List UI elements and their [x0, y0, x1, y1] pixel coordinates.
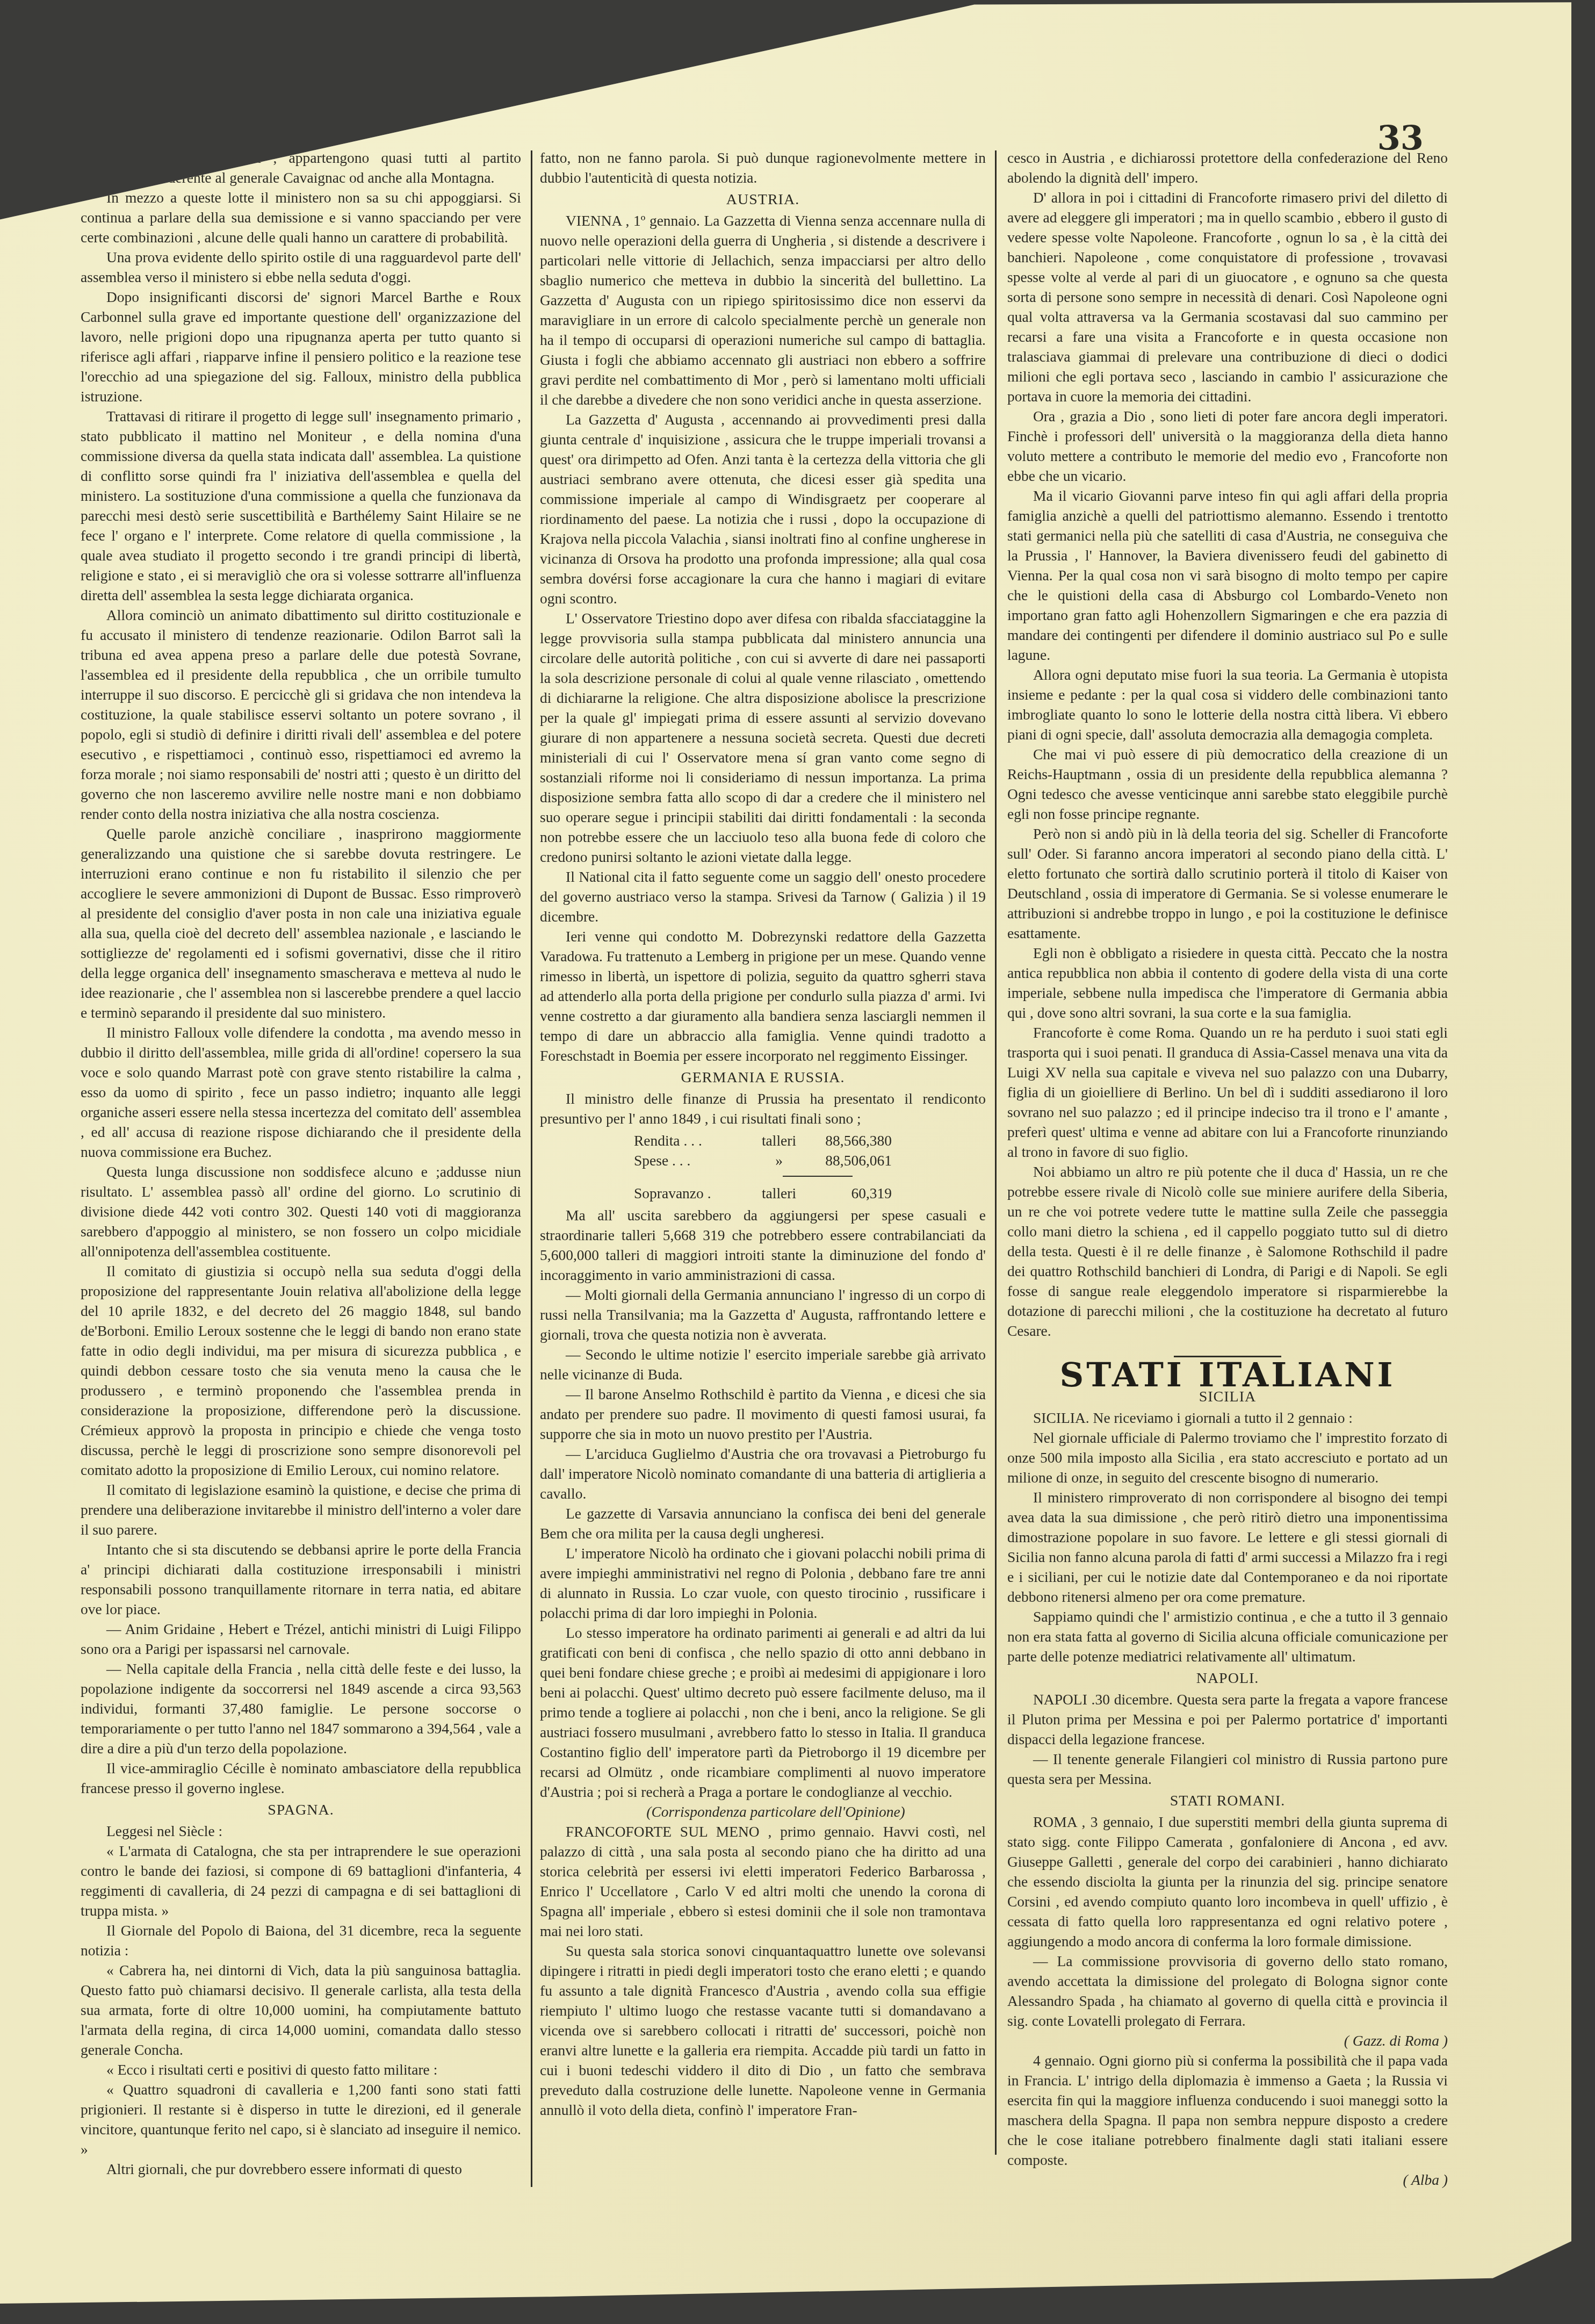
budget-value: 60,319 — [811, 1183, 892, 1203]
paragraph: — Secondo le ultime notizie l' esercito … — [540, 1344, 986, 1384]
subsection-heading-stati-romani: STATI ROMANI. — [1007, 1791, 1448, 1811]
paragraph: Su questa sala storica sonovi cinquantaq… — [540, 1941, 986, 2120]
source-attribution: (Corrispondenza particolare dell'Opinion… — [540, 1802, 986, 1822]
paragraph: Ora , grazia a Dio , sono lieti di poter… — [1007, 406, 1448, 486]
budget-row-spese: Spese . . . » 88,506,061 — [540, 1150, 986, 1170]
paragraph: Dopo insignificanti discorsi de' signori… — [81, 287, 521, 406]
middle-column: fatto, non ne fanno parola. Si può dunqu… — [540, 148, 986, 2206]
paragraph: ROMA , 3 gennaio, I due superstiti membr… — [1007, 1812, 1448, 1951]
paragraph: Questa lunga discussione non soddisfece … — [81, 1162, 521, 1261]
source-attribution: ( Alba ) — [1007, 2170, 1448, 2190]
paragraph: Ma il vicario Giovanni parve inteso fin … — [1007, 486, 1448, 665]
paragraph: — Nella capitale della Francia , nella c… — [81, 1659, 521, 1758]
budget-label: Spese . . . — [634, 1150, 747, 1170]
budget-row-rendita: Rendita . . . talleri 88,566,380 — [540, 1131, 986, 1150]
paragraph: Il comitato di legislazione esaminò la q… — [81, 1480, 521, 1539]
paragraph: Sappiamo quindi che l' armistizio contin… — [1007, 1607, 1448, 1666]
paragraph: Il ministro Falloux volle difendere la c… — [81, 1023, 521, 1162]
paragraph: Che mai vi può essere di più democratico… — [1007, 744, 1448, 824]
paragraph: Francoforte è come Roma. Quando un re ha… — [1007, 1023, 1448, 1162]
paragraph: « L'armata di Catalogna, che sta per int… — [81, 1841, 521, 1920]
paragraph: FRANCOFORTE SUL MENO , primo gennaio. Ha… — [540, 1822, 986, 1941]
paragraph: Ma all' uscita sarebbero da aggiungersi … — [540, 1205, 986, 1285]
paragraph: L' imperatore Nicolò ha ordinato che i g… — [540, 1543, 986, 1623]
subsection-heading-napoli: NAPOLI. — [1007, 1668, 1448, 1688]
paragraph: — Il barone Anselmo Rothschild è partito… — [540, 1384, 986, 1444]
budget-row-total: Sopravanzo . talleri 60,319 — [540, 1183, 986, 1203]
paragraph: Il ministro delle finanze di Prussia ha … — [540, 1089, 986, 1128]
paragraph: — La commissione provvisoria di governo … — [1007, 1951, 1448, 2031]
paragraph: Noi abbiamo un altro re più potente che … — [1007, 1162, 1448, 1341]
paragraph: L' Osservatore Triestino dopo aver difes… — [540, 608, 986, 867]
paragraph: Lo stesso imperatore ha ordinato parimen… — [540, 1623, 986, 1802]
source-attribution: ( Gazz. di Roma ) — [1007, 2031, 1448, 2050]
paragraph: La Gazzetta d' Augusta , accennando ai p… — [540, 409, 986, 608]
column-divider — [531, 150, 532, 2187]
paragraph: Egli non è obbligato a risiedere in ques… — [1007, 943, 1448, 1023]
paragraph: — L'arciduca Guglielmo d'Austria che ora… — [540, 1444, 986, 1503]
paragraph: Una prova evidente dello spirito ostile … — [81, 247, 521, 287]
paragraph: cesco in Austria , e dichiarossi protett… — [1007, 148, 1448, 188]
paragraph: « Quattro squadroni di cavalleria e 1,20… — [81, 2080, 521, 2159]
budget-unit: talleri — [747, 1183, 811, 1203]
budget-value: 88,566,380 — [811, 1131, 892, 1150]
budget-value: 88,506,061 — [811, 1150, 892, 1170]
paragraph: VIENNA , 1º gennaio. La Gazzetta di Vien… — [540, 211, 986, 409]
paragraph: NAPOLI .30 dicembre. Questa sera parte l… — [1007, 1689, 1448, 1749]
paragraph: Nel giornale ufficiale di Palermo trovia… — [1007, 1428, 1448, 1487]
budget-unit: » — [747, 1150, 811, 1170]
paragraph: Altri giornali, che pur dovrebbero esser… — [81, 2159, 521, 2179]
section-heading-spagna: SPAGNA. — [81, 1800, 521, 1820]
paragraph: — Il tenente generale Filangieri col min… — [1007, 1749, 1448, 1789]
paragraph: Il Giornale del Popolo di Baiona, del 31… — [81, 1920, 521, 1960]
budget-label: Sopravanzo . — [634, 1183, 747, 1203]
paragraph: uffizi stati eletti mercoledì , apparten… — [81, 148, 521, 188]
column-divider — [995, 150, 997, 2155]
paragraph: Quelle parole anzichè conciliare , inasp… — [81, 824, 521, 1023]
budget-label: Rendita . . . — [634, 1131, 747, 1150]
paragraph: Leggesi nel Siècle : — [81, 1821, 521, 1841]
paragraph: Il vice-ammiraglio Cécille è nominato am… — [81, 1758, 521, 1798]
paragraph: « Ecco i risultati certi e positivi di q… — [81, 2060, 521, 2080]
paragraph: Le gazzette di Varsavia annunciano la co… — [540, 1503, 986, 1543]
paragraph: Il comitato di giustizia si occupò nella… — [81, 1261, 521, 1480]
paragraph: SICILIA. Ne riceviamo i giornali a tutto… — [1007, 1408, 1448, 1428]
paragraph: Il National cita il fatto seguente come … — [540, 867, 986, 926]
budget-table: Rendita . . . talleri 88,566,380 Spese .… — [540, 1131, 986, 1203]
paragraph: — Anim Gridaine , Hebert e Trézel, antic… — [81, 1619, 521, 1659]
paragraph: Ieri venne qui condotto M. Dobrezynski r… — [540, 926, 986, 1066]
paragraph: 4 gennaio. Ogni giorno più si conferma l… — [1007, 2050, 1448, 2170]
paragraph: D' allora in poi i cittadini di Francofo… — [1007, 188, 1448, 406]
left-column: uffizi stati eletti mercoledì , apparten… — [81, 148, 521, 2206]
paragraph: Allora ogni deputato mise fuori la sua t… — [1007, 665, 1448, 744]
paragraph: Però non si andò più in là della teoria … — [1007, 824, 1448, 943]
newspaper-page: 33 uffizi stati eletti mercoledì , appar… — [0, 0, 1571, 2311]
paragraph: Trattavasi di ritirare il progetto di le… — [81, 406, 521, 605]
right-column: cesco in Austria , e dichiarossi protett… — [1007, 148, 1448, 2206]
paragraph: fatto, non ne fanno parola. Si può dunqu… — [540, 148, 986, 188]
paragraph: « Cabrera ha, nei dintorni di Vich, data… — [81, 1960, 521, 2060]
paragraph: Intanto che si sta discutendo se debbans… — [81, 1539, 521, 1619]
sum-rule — [783, 1176, 853, 1177]
section-heading-stati-italiani: STATI ITALIANI — [1007, 1365, 1448, 1385]
paragraph: Allora cominciò un animato dibattimento … — [81, 605, 521, 824]
paragraph: — Molti giornali della Germania annuncia… — [540, 1285, 986, 1344]
section-heading-germania-russia: GERMANIA E RUSSIA. — [540, 1068, 986, 1088]
budget-unit: talleri — [747, 1131, 811, 1150]
paragraph: In mezzo a queste lotte il ministero non… — [81, 188, 521, 247]
paragraph: Il ministero rimproverato di non corrisp… — [1007, 1487, 1448, 1607]
section-heading-austria: AUSTRIA. — [540, 190, 986, 210]
